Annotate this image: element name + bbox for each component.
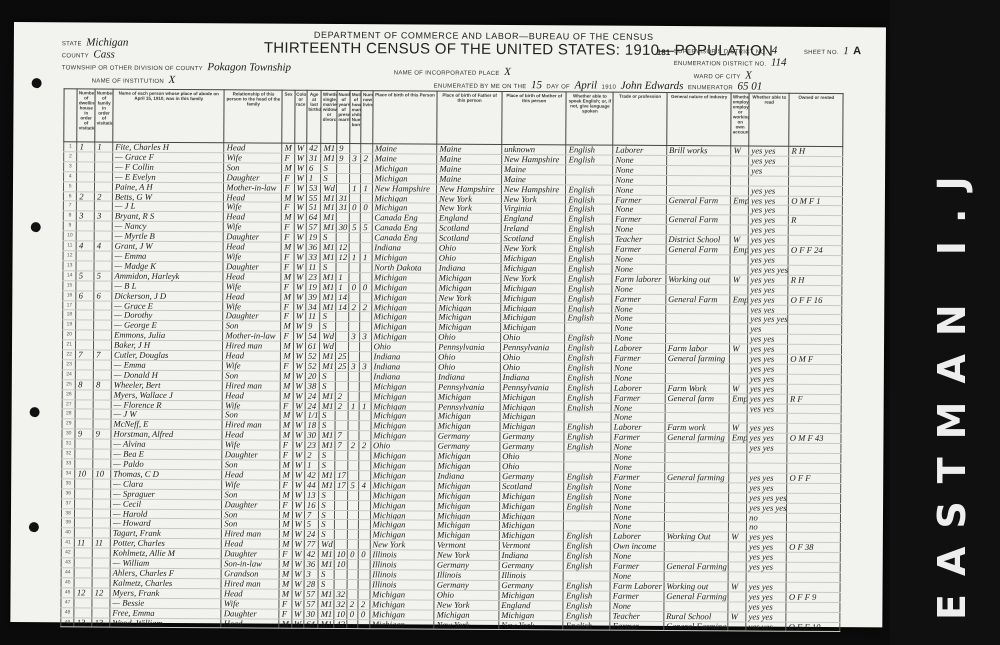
children-living: 1 — [361, 253, 372, 263]
line-number: 30 — [62, 429, 75, 439]
children-born: 0 — [347, 609, 358, 619]
marital-status: M1 — [319, 550, 335, 560]
literacy: yes yes — [748, 275, 788, 285]
children-living — [359, 461, 370, 471]
birthplace-mother: Indiana — [500, 372, 565, 382]
language: English — [565, 293, 612, 303]
sex: F — [282, 183, 294, 193]
birthplace-mother: Germany — [500, 442, 565, 452]
relationship: Wife — [223, 281, 281, 291]
children-born: 3 — [349, 332, 360, 342]
literacy: yes — [748, 324, 788, 334]
age: 19 — [306, 232, 321, 242]
age: 2 — [305, 450, 320, 460]
line-number: 18 — [63, 310, 76, 320]
children-born — [348, 461, 359, 471]
years-married: 14 — [336, 292, 349, 302]
years-married: 30 — [336, 223, 349, 233]
industry — [666, 264, 731, 274]
age: 53 — [306, 183, 321, 193]
marital-status: M1 — [318, 589, 334, 599]
years-married: 25 — [335, 361, 348, 371]
literacy: yes yes — [746, 612, 786, 622]
dwelling-number — [76, 310, 94, 320]
birthplace-mother: Michigan — [500, 402, 565, 412]
birthplace-father: Michigan — [436, 273, 501, 283]
home-ownership — [787, 453, 841, 463]
industry — [664, 502, 729, 512]
years-married — [336, 322, 349, 332]
language — [566, 175, 613, 185]
person-name: — Paldo — [111, 459, 222, 470]
birthplace-mother: Michigan — [500, 412, 565, 422]
birthplace-person: Indiana — [371, 372, 436, 382]
occupation: Farmer — [610, 591, 664, 601]
age: 24 — [304, 530, 319, 540]
literacy: yes yes — [747, 404, 787, 414]
race: W — [294, 242, 306, 252]
children-living — [359, 560, 370, 570]
children-born — [350, 173, 361, 183]
birthplace-mother: Germany — [500, 471, 565, 481]
person-name: Horstman, Alfred — [111, 429, 222, 440]
family-number: 6 — [94, 291, 112, 301]
birthplace-person: Canada Eng — [372, 213, 437, 223]
family-number — [93, 489, 111, 499]
marital-status: S — [319, 520, 335, 530]
years-married — [334, 569, 347, 579]
birthplace-mother: Ohio — [500, 362, 565, 372]
language: English — [565, 303, 612, 313]
line-number: 3 — [64, 162, 77, 172]
children-born — [348, 411, 359, 421]
literacy: yes yes — [748, 295, 788, 305]
sex: M — [281, 292, 293, 302]
employment-class: Emp — [730, 394, 748, 404]
children-born — [348, 540, 359, 550]
sex: F — [280, 480, 292, 490]
home-ownership: O F F 16 — [788, 295, 842, 305]
employment-class — [729, 503, 747, 513]
person-name: McNeff, E — [111, 419, 222, 430]
line-number: 7 — [63, 201, 76, 211]
birthplace-person: Michigan — [370, 490, 435, 500]
dwelling-number — [76, 360, 94, 370]
age: 42 — [304, 549, 319, 559]
children-born: 1 — [350, 183, 361, 193]
children-born — [349, 371, 360, 381]
col-industry: General nature of industry — [667, 92, 732, 145]
dwelling-number — [77, 172, 95, 182]
industry: General Farm — [666, 245, 731, 255]
occupation: None — [612, 284, 666, 294]
occupation: None — [613, 155, 667, 165]
line-number: 9 — [63, 221, 76, 231]
occupation: None — [611, 462, 665, 472]
children-born — [349, 322, 360, 332]
children-living — [359, 490, 370, 500]
employment-class: W — [729, 532, 747, 542]
age: 36 — [304, 559, 319, 569]
binder-hole — [31, 222, 41, 232]
children-living: 1 — [360, 401, 371, 411]
family-number — [93, 459, 111, 469]
birthplace-mother: Michigan — [499, 531, 564, 541]
language — [566, 165, 613, 175]
children-living — [361, 193, 372, 203]
relationship: Son — [222, 519, 280, 529]
person-name: Thomas, C D — [111, 469, 222, 480]
home-ownership — [786, 582, 840, 592]
family-number — [94, 360, 112, 370]
occupation: Farmer — [610, 561, 664, 571]
sex: M — [281, 371, 293, 381]
children-living — [360, 391, 371, 401]
birthplace-person: Canada Eng — [372, 223, 437, 233]
birthplace-father: Pennsylvania — [435, 402, 500, 412]
industry — [664, 552, 729, 562]
family-number — [93, 449, 111, 459]
birthplace-mother: New Hampshire — [501, 184, 566, 194]
age: 7 — [304, 510, 319, 520]
race: W — [292, 569, 304, 579]
family-number: 13 — [92, 617, 110, 627]
race: W — [293, 421, 305, 431]
industry — [666, 175, 731, 185]
binder-hole — [29, 522, 39, 532]
dwelling-number: 10 — [75, 469, 93, 479]
language — [564, 452, 611, 462]
line-number: 31 — [62, 439, 75, 449]
birthplace-father: England — [437, 213, 502, 223]
age: 18 — [305, 421, 320, 431]
employment-class — [729, 413, 747, 423]
industry: General Farming — [664, 591, 729, 601]
sex: F — [281, 252, 293, 262]
marital-status: M1 — [318, 619, 334, 629]
marital-status: S — [319, 490, 335, 500]
children-born: 2 — [348, 441, 359, 451]
industry — [666, 205, 731, 215]
industry: General Farming — [664, 621, 729, 631]
sex: M — [279, 569, 291, 579]
person-name: Bryant, R S — [112, 211, 223, 222]
race: W — [292, 490, 304, 500]
birthplace-mother: England — [501, 214, 566, 224]
person-name: — J L — [112, 202, 223, 213]
family-number — [95, 152, 113, 162]
dwelling-number: 6 — [76, 290, 94, 300]
age: 38 — [305, 381, 320, 391]
employment-class: W — [728, 582, 746, 592]
employment-class: W — [730, 344, 748, 354]
birthplace-father: Maine — [437, 154, 502, 164]
home-ownership — [787, 443, 841, 453]
occupation: None — [610, 601, 664, 611]
birthplace-mother: New York — [501, 273, 566, 283]
race: W — [293, 312, 305, 322]
sex: M — [281, 351, 293, 361]
family-number — [94, 231, 112, 241]
dwelling-number — [77, 162, 95, 172]
occupation: None — [611, 452, 665, 462]
birthplace-person: Indiana — [371, 352, 436, 362]
race: W — [292, 549, 304, 559]
children-born — [348, 470, 359, 480]
birthplace-father: Germany — [434, 580, 499, 590]
children-born — [348, 520, 359, 530]
years-married: 7 — [335, 441, 348, 451]
person-name: — Grace E — [112, 301, 223, 312]
years-married: 9 — [337, 143, 350, 153]
industry: Working out — [666, 274, 731, 284]
person-name: Betts, G W — [112, 192, 223, 203]
occupation: Farmer — [612, 294, 666, 304]
industry: General farming — [665, 354, 730, 364]
industry — [664, 492, 729, 502]
language — [565, 323, 612, 333]
relationship: Son — [223, 410, 281, 420]
language: English — [565, 333, 612, 343]
line-number: 5 — [63, 181, 76, 191]
birthplace-father: Michigan — [435, 412, 500, 422]
industry: General farming — [664, 472, 729, 482]
relationship: Wife — [221, 598, 279, 608]
race: W — [293, 282, 305, 292]
occupation: None — [611, 492, 665, 502]
industry: Farm labor — [665, 344, 730, 354]
children-living: 2 — [358, 599, 369, 609]
children-living — [360, 342, 371, 352]
occupation: None — [612, 304, 666, 314]
occupation: None — [611, 482, 665, 492]
person-name: Baker, J H — [112, 340, 223, 351]
children-born — [348, 431, 359, 441]
family-number: 10 — [93, 469, 111, 479]
occupation: Farm laborer — [612, 274, 666, 284]
race: W — [292, 510, 304, 520]
census-table: Number of dwelling house in order of vis… — [60, 88, 843, 632]
children-born — [349, 262, 360, 272]
years-married — [335, 381, 348, 391]
birthplace-mother: Virginia — [501, 204, 566, 214]
person-name: Wood, William — [110, 618, 221, 629]
industry — [665, 304, 730, 314]
birthplace-person: Michigan — [372, 253, 437, 263]
birthplace-father: Michigan — [435, 451, 500, 461]
language — [564, 571, 611, 581]
age: 1/12 — [305, 411, 320, 421]
marital-status: Wd — [320, 341, 336, 351]
birthplace-father: Ohio — [436, 352, 501, 362]
language: English — [564, 432, 611, 442]
industry: General Farm — [666, 195, 731, 205]
sex: F — [282, 153, 294, 163]
children-born — [347, 619, 358, 629]
person-name: Fite, Charles H — [113, 142, 224, 153]
col-line — [64, 89, 78, 142]
occupation: None — [611, 442, 665, 452]
children-born — [348, 490, 359, 500]
marital-status: M1 — [321, 223, 337, 233]
person-name: — William — [110, 558, 221, 569]
children-living — [358, 619, 369, 629]
home-ownership — [788, 235, 842, 245]
home-ownership — [787, 404, 841, 414]
sex: M — [279, 619, 291, 629]
sex: M — [280, 460, 292, 470]
years-married — [335, 460, 348, 470]
age: 64 — [304, 619, 319, 629]
home-ownership: R H — [789, 146, 843, 156]
race: W — [292, 589, 304, 599]
family-number — [94, 281, 112, 291]
person-name: — Donald H — [111, 370, 222, 381]
age: 16 — [304, 500, 319, 510]
birthplace-person: Michigan — [372, 272, 437, 282]
employment-class — [730, 334, 748, 344]
age: 23 — [306, 272, 321, 282]
literacy: yes yes — [749, 205, 789, 215]
occupation: None — [613, 205, 667, 215]
sex: M — [282, 143, 294, 153]
birthplace-father: Ohio — [436, 253, 501, 263]
employment-class — [730, 354, 748, 364]
race: W — [294, 203, 306, 213]
children-born: 2 — [347, 599, 358, 609]
children-living — [359, 451, 370, 461]
relationship: Head — [223, 291, 281, 301]
col-age: Age at last birthday — [307, 90, 322, 143]
relationship: Daughter — [223, 311, 281, 321]
children-living — [360, 381, 371, 391]
sex: F — [280, 440, 292, 450]
occupation: Teacher — [610, 611, 664, 621]
birthplace-person: Illinois — [370, 550, 435, 560]
birthplace-person: Michigan — [370, 451, 435, 461]
line-number: 8 — [63, 211, 76, 221]
industry — [665, 453, 730, 463]
years-married — [334, 579, 347, 589]
children-born — [349, 342, 360, 352]
industry — [666, 284, 731, 294]
relationship: Head — [224, 143, 282, 153]
dwelling-number — [74, 607, 92, 617]
line-number: 19 — [63, 320, 76, 330]
employment-class — [728, 592, 746, 602]
sex: M — [280, 520, 292, 530]
employment-class: Emp — [730, 245, 748, 255]
language: English — [564, 531, 611, 541]
years-married — [336, 173, 349, 183]
years-married: 25 — [335, 352, 348, 362]
marital-status: S — [320, 312, 336, 322]
race: W — [293, 401, 305, 411]
relationship: Wife — [222, 480, 280, 490]
birthplace-father: Maine — [437, 164, 502, 174]
years-married — [336, 312, 349, 322]
age: 30 — [305, 431, 320, 441]
marital-status: S — [318, 579, 334, 589]
home-ownership: O M F — [788, 354, 842, 364]
occupation: None — [612, 264, 666, 274]
language — [564, 511, 611, 521]
birthplace-mother: Michigan — [501, 293, 566, 303]
family-number: 5 — [94, 271, 112, 281]
literacy: yes yes — [748, 225, 788, 235]
occupation: Farm Laborer — [610, 581, 664, 591]
family-number — [93, 390, 111, 400]
language: English — [566, 145, 613, 155]
age: 77 — [304, 540, 319, 550]
employment-class — [730, 255, 748, 265]
employment-class — [728, 602, 746, 612]
birthplace-person: Michigan — [370, 599, 435, 609]
literacy: yes yes — [748, 364, 788, 374]
industry — [664, 571, 729, 581]
marital-status: M1 — [321, 193, 337, 203]
age: 52 — [305, 361, 320, 371]
language: English — [565, 373, 612, 383]
years-married: 1 — [336, 272, 349, 282]
children-born — [349, 233, 360, 243]
children-living — [359, 579, 370, 589]
birthplace-father: Pennsylvania — [436, 342, 501, 352]
col-race: Color or race — [294, 90, 307, 143]
race: W — [294, 143, 306, 153]
relationship: Grandson — [222, 569, 280, 579]
birthplace-father: Michigan — [435, 530, 500, 540]
birthplace-mother: Michigan — [499, 521, 564, 531]
line-number: 14 — [63, 271, 76, 281]
line-number: 36 — [62, 489, 75, 499]
marital-status: M1 — [318, 609, 334, 619]
relationship: Wife — [222, 440, 280, 450]
industry — [666, 165, 731, 175]
relationship: Head — [221, 589, 279, 599]
person-name: — Harold — [110, 509, 221, 520]
children-living — [361, 173, 372, 183]
home-ownership — [789, 176, 843, 186]
employment-class — [729, 443, 747, 453]
marital-status: M1 — [320, 361, 336, 371]
birthplace-mother: Ireland — [501, 224, 566, 234]
children-born — [349, 312, 360, 322]
age: 9 — [306, 322, 321, 332]
race: W — [294, 222, 306, 232]
birthplace-father: Indiana — [436, 263, 501, 273]
literacy: yes yes — [748, 245, 788, 255]
birthplace-mother: Scotland — [500, 481, 565, 491]
birthplace-father: Michigan — [435, 501, 500, 511]
employment-class — [731, 186, 749, 196]
children-living — [360, 411, 371, 421]
sex: F — [279, 599, 291, 609]
home-ownership — [786, 562, 840, 572]
birthplace-person: Michigan — [370, 480, 435, 490]
literacy: yes yes — [748, 255, 788, 265]
family-number — [92, 578, 110, 588]
occupation: Laborer — [611, 531, 665, 541]
birthplace-father: Germany — [434, 560, 499, 570]
birthplace-mother: Michigan — [500, 323, 565, 333]
age: 3 — [304, 569, 319, 579]
col-children-born: Mother of how many children: Number born — [350, 91, 361, 144]
occupation: None — [611, 413, 665, 423]
family-number — [95, 201, 113, 211]
literacy: yes yes — [749, 196, 789, 206]
family-number — [95, 182, 113, 192]
